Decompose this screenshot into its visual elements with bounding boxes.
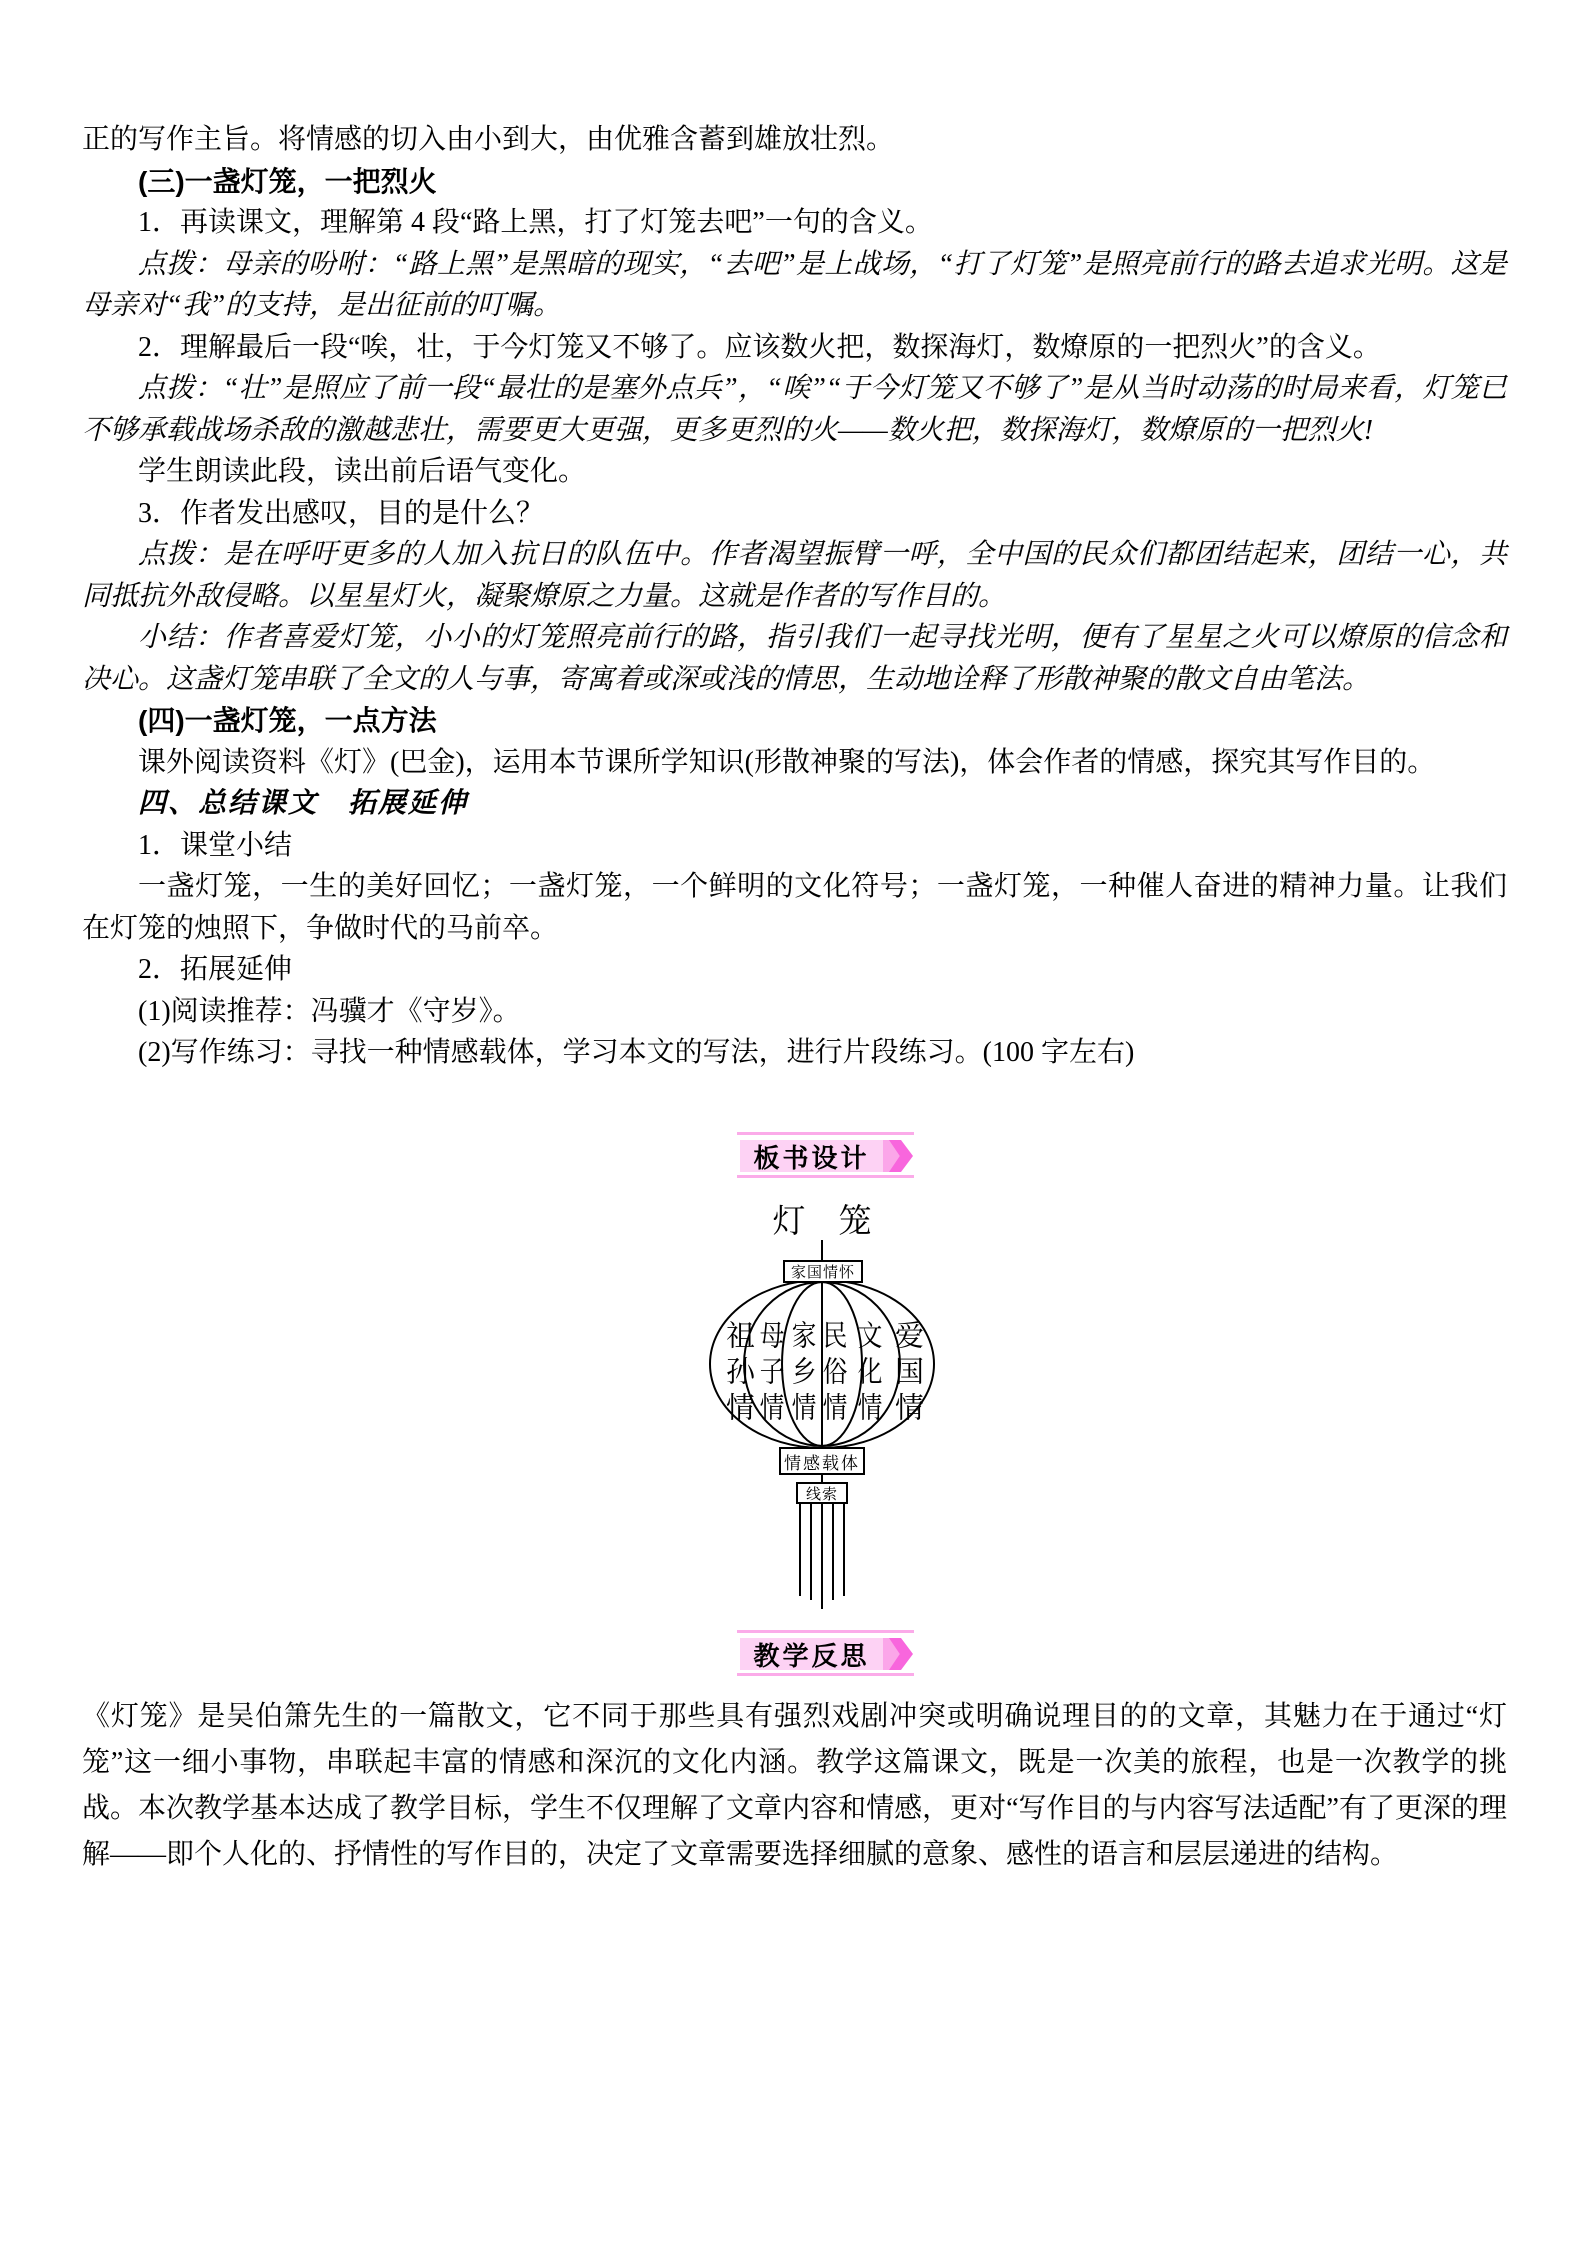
heading-part-four: 四、总结课文 拓展延伸 [82,783,1507,825]
teaching-reflection-section: 《灯笼》是吴伯箫先生的一篇散文，它不同于那些具有强烈戏剧冲突或明确说理目的的文章… [82,1694,1507,1878]
lantern-diagram: 灯 笼 家国情怀 祖孙情 母子情 家乡情 民俗情 文化情 爱国情 情感载体 线索 [600,1190,1044,1630]
lesson-plan-text: 正的写作主旨。将情感的切入由小到大，由优雅含蓄到雄放壮烈。 (三)一盏灯笼，一把… [82,119,1507,1074]
extracurricular-task: 课外阅读资料《灯》(巴金)，运用本节课所学知识(形散神聚的写法)，体会作者的情感… [82,742,1507,784]
thread-label: 线索 [797,1483,847,1503]
classroom-summary-text: 一盏灯笼，一生的美好回忆；一盏灯笼，一个鲜明的文化符号；一盏灯笼，一种催人奋进的… [82,866,1507,949]
extension-heading: 2．拓展延伸 [82,949,1507,991]
banner-stripe-top [737,1630,914,1633]
banner-stripe-top [737,1132,914,1135]
lantern-segment-label-zusun: 祖孙情 [723,1320,753,1428]
dianbo-note-3: 点拨：是在呼吁更多的人加入抗日的队伍中。作者渴望振臂一呼，全中国的民众们都团结起… [82,534,1507,617]
lantern-segment-label-muzi: 母子情 [757,1320,783,1428]
reading-recommendation: (1)阅读推荐：冯骥才《守岁》。 [82,991,1507,1033]
writing-practice: (2)写作练习：寻找一种情感载体，学习本文的写法，进行片段练习。(100 字左右… [82,1032,1507,1074]
heading-section-three: (三)一盏灯笼，一把烈火 [82,161,1507,203]
diagram-title: 灯 笼 [600,1206,1044,1239]
lantern-segment-label-aiguo: 爱国情 [892,1320,922,1428]
crown-label: 家国情怀 [784,1261,862,1282]
dianbo-note-2: 点拨：“壮”是照应了前一段“最壮的是塞外点兵”，“唉”“于今灯笼又不够了”是从当… [82,368,1507,451]
lantern-segment-label-wenhua: 文化情 [855,1320,881,1428]
banner-board-design: 板书设计 [737,1132,917,1178]
heading-section-four: (四)一盏灯笼，一点方法 [82,700,1507,742]
step-3: 3．作者发出感叹，目的是什么？ [82,493,1507,535]
base-label: 情感载体 [780,1448,864,1474]
classroom-summary-heading: 1．课堂小结 [82,825,1507,867]
student-reading-note: 学生朗读此段，读出前后语气变化。 [82,451,1507,493]
continuation-paragraph: 正的写作主旨。将情感的切入由小到大，由优雅含蓄到雄放壮烈。 [82,119,1507,161]
summary-note: 小结：作者喜爱灯笼，小小的灯笼照亮前行的路，指引我们一起寻找光明，便有了星星之火… [82,617,1507,700]
step-1: 1．再读课文，理解第 4 段“路上黑，打了灯笼去吧”一句的含义。 [82,202,1507,244]
lantern-segment-label-jiaxiang: 家乡情 [789,1320,815,1428]
banner-stripe-bottom [737,1175,914,1178]
lantern-segment-label-minsu: 民俗情 [820,1320,846,1428]
dianbo-note-1: 点拨：母亲的吩咐：“路上黑”是黑暗的现实，“去吧”是上战场，“打了灯笼”是照亮前… [82,244,1507,327]
banner-teaching-reflection-label: 教学反思 [740,1638,883,1670]
banner-board-design-label: 板书设计 [740,1140,883,1172]
banner-teaching-reflection: 教学反思 [737,1630,917,1676]
banner-stripe-bottom [737,1673,914,1676]
step-2: 2．理解最后一段“唉，壮，于今灯笼又不够了。应该数火把，数探海灯，数燎原的一把烈… [82,327,1507,369]
reflection-paragraph: 《灯笼》是吴伯箫先生的一篇散文，它不同于那些具有强烈戏剧冲突或明确说理目的的文章… [82,1694,1507,1878]
document-page: 正的写作主旨。将情感的切入由小到大，由优雅含蓄到雄放壮烈。 (三)一盏灯笼，一把… [0,0,1587,2245]
